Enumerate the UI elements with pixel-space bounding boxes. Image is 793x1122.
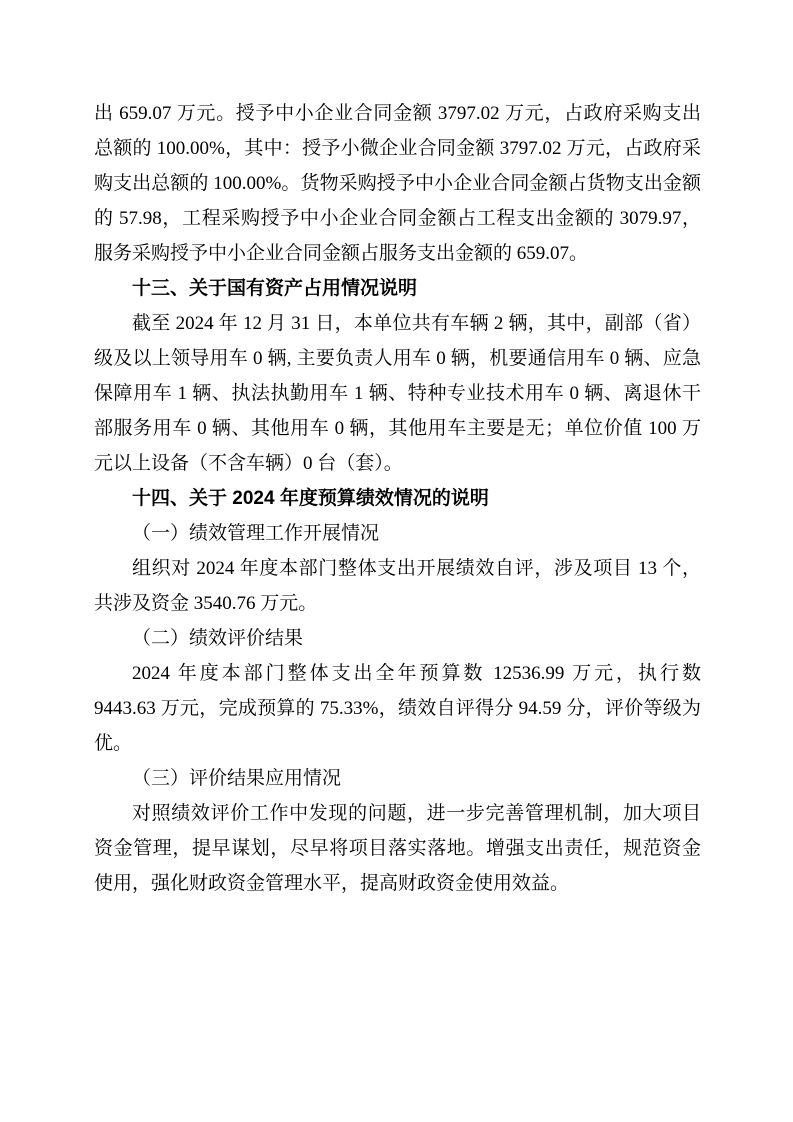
document-page: 出 659.07 万元。授予中小企业合同金额 3797.02 万元，占政府采购支… <box>0 0 793 1122</box>
paragraph-procurement-continuation: 出 659.07 万元。授予中小企业合同金额 3797.02 万元，占政府采购支… <box>94 96 701 271</box>
paragraph-improvement-measures: 对照绩效评价工作中发现的问题，进一步完善管理机制，加大项目资金管理，提早谋划，尽… <box>94 796 701 901</box>
heading-section-13-state-assets: 十三、关于国有资产占用情况说明 <box>94 271 701 306</box>
paragraph-budget-execution-score: 2024 年度本部门整体支出全年预算数 12536.99 万元，执行数 9443… <box>94 656 701 761</box>
paragraph-state-assets-vehicles: 截至 2024 年 12 月 31 日，本单位共有车辆 2 辆，其中，副部（省）… <box>94 306 701 481</box>
subheading-performance-management: （一）绩效管理工作开展情况 <box>94 516 701 551</box>
subheading-evaluation-results: （二）绩效评价结果 <box>94 621 701 656</box>
subheading-result-application: （三）评价结果应用情况 <box>94 761 701 796</box>
paragraph-self-evaluation-scope: 组织对 2024 年度本部门整体支出开展绩效自评，涉及项目 13 个，共涉及资金… <box>94 551 701 621</box>
heading-section-14-budget-performance: 十四、关于 2024 年度预算绩效情况的说明 <box>94 481 701 516</box>
